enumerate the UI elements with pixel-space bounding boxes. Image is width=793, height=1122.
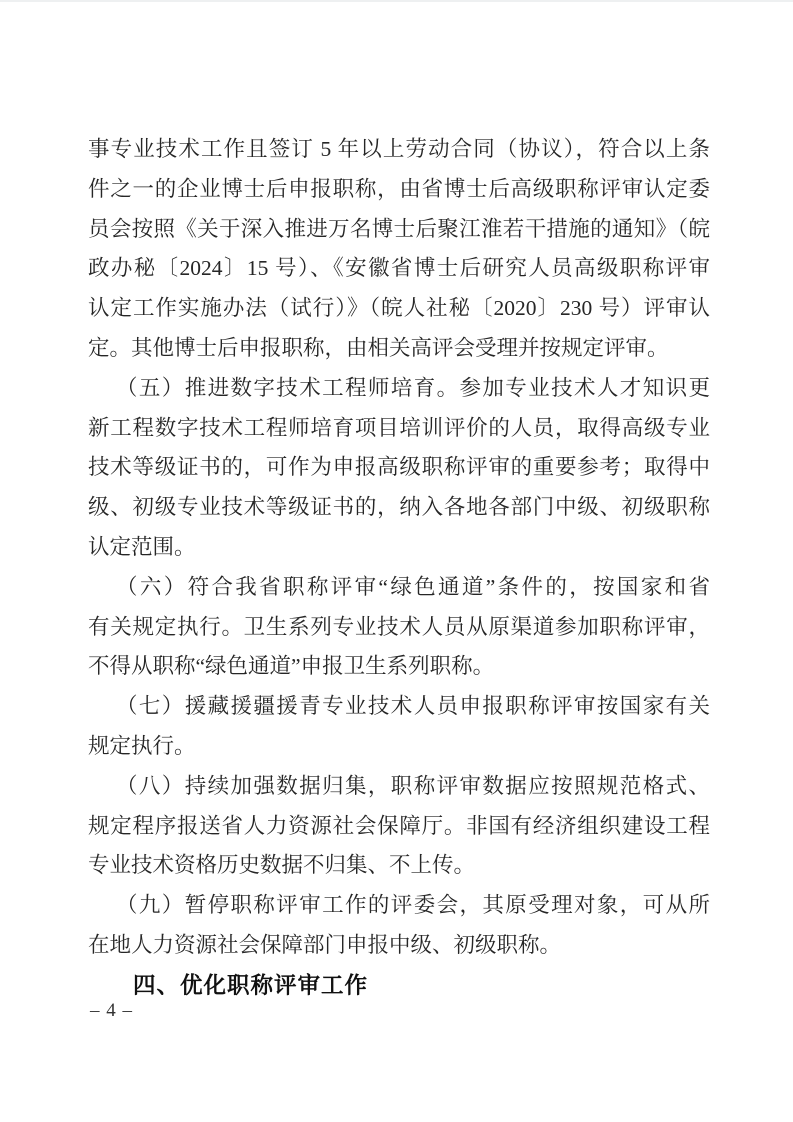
text-line: 定。其他博士后申报职称，由相关高评会受理并按规定评审。	[88, 329, 710, 369]
document-body: 事专业技术工作且签订 5 年以上劳动合同（协议），符合以上条件之一的企业博士后申…	[88, 130, 710, 1006]
text-line: （七）援藏援疆援青专业技术人员申报职称评审按国家有关	[88, 687, 710, 727]
text-line: 有关规定执行。卫生系列专业技术人员从原渠道参加职称评审，	[88, 608, 710, 648]
section-heading: 四、优化职称评审工作	[133, 966, 710, 1006]
text-line: 事专业技术工作且签订 5 年以上劳动合同（协议），符合以上条	[88, 130, 710, 170]
page-number: – 4 –	[90, 1000, 133, 1022]
text-line: （五）推进数字技术工程师培育。参加专业技术人才知识更	[88, 369, 710, 409]
scan-edge-line	[0, 0, 793, 2]
text-line: 技术等级证书的，可作为申报高级职称评审的重要参考；取得中	[88, 448, 710, 488]
document-page: 事专业技术工作且签订 5 年以上劳动合同（协议），符合以上条件之一的企业博士后申…	[0, 0, 793, 1122]
text-line: 在地人力资源社会保障部门申报中级、初级职称。	[88, 926, 710, 966]
text-line: （八）持续加强数据归集，职称评审数据应按照规范格式、	[88, 767, 710, 807]
text-line: （九）暂停职称评审工作的评委会，其原受理对象，可从所	[88, 886, 710, 926]
text-line: 级、初级专业技术等级证书的，纳入各地各部门中级、初级职称	[88, 488, 710, 528]
text-line: 新工程数字技术工程师培育项目培训评价的人员，取得高级专业	[88, 409, 710, 449]
text-line: 规定执行。	[88, 727, 710, 767]
text-line: 政办秘〔2024〕15 号）、《安徽省博士后研究人员高级职称评审	[88, 249, 710, 289]
text-line: 专业技术资格历史数据不归集、不上传。	[88, 846, 710, 886]
text-line: 认定范围。	[88, 528, 710, 568]
text-line: 员会按照《关于深入推进万名博士后聚江淮若干措施的通知》（皖	[88, 210, 710, 250]
text-line: 认定工作实施办法（试行）》（皖人社秘〔2020〕230 号）评审认	[88, 289, 710, 329]
text-line: 不得从职称“绿色通道”申报卫生系列职称。	[88, 647, 710, 687]
text-line: 规定程序报送省人力资源社会保障厅。非国有经济组织建设工程	[88, 807, 710, 847]
text-line: （六）符合我省职称评审“绿色通道”条件的，按国家和省	[88, 568, 710, 608]
text-line: 件之一的企业博士后申报职称，由省博士后高级职称评审认定委	[88, 170, 710, 210]
